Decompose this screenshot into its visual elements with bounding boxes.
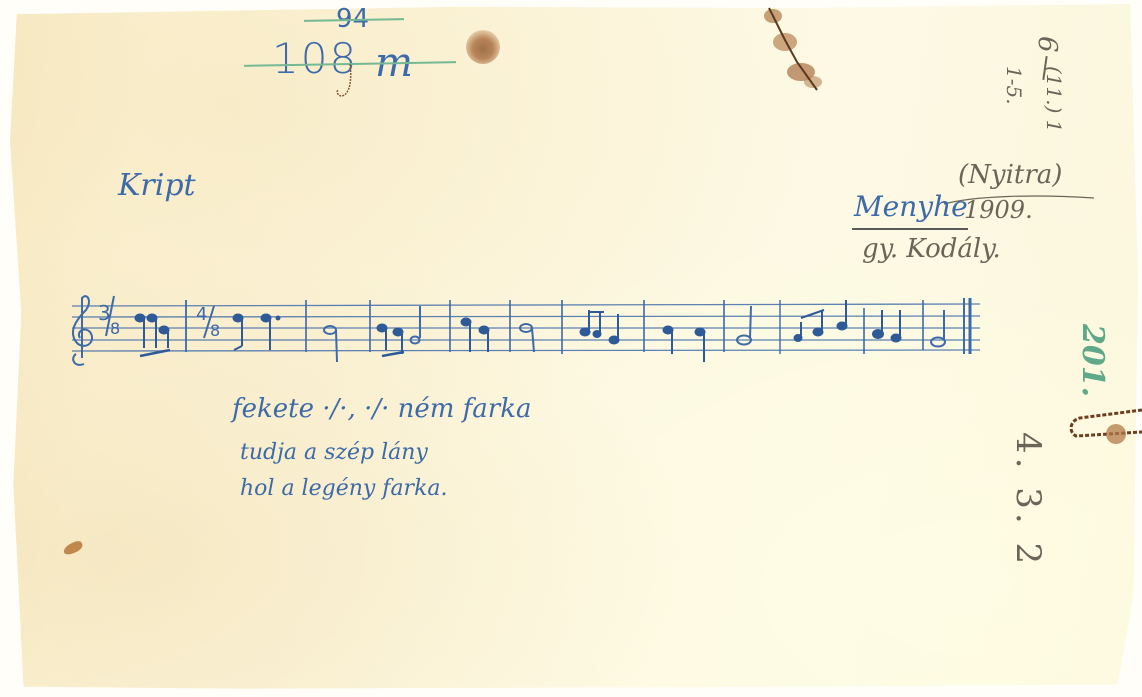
lyrics-line-3: hol a legény farka. <box>240 476 448 501</box>
green-pencil-number: 201. <box>1075 324 1110 397</box>
lyrics-line-1: fekete ·/·, ·/· ném farka <box>232 394 531 424</box>
ink-stain-top <box>466 30 500 64</box>
top-right-note-1: 1-5. <box>1002 66 1026 105</box>
collector-name: gy. Kodály. <box>862 234 1001 264</box>
pencil-number-rotated: 4. 3. 2 <box>1008 432 1048 568</box>
svg-text:8: 8 <box>110 319 120 338</box>
song-title-kript: Kript <box>118 168 196 203</box>
music-staff: 3 8 4 8 <box>60 288 980 378</box>
top-right-note-3: (11.) 1 <box>1042 66 1066 133</box>
ink-splatter-top-right <box>755 0 825 100</box>
lyrics-line-2: tudja a szép lány <box>240 440 428 465</box>
village-underline <box>852 228 968 230</box>
pencil-hook-mark <box>336 64 356 104</box>
region-label: (Nyitra) <box>958 160 1062 190</box>
svg-text:4: 4 <box>196 304 207 325</box>
svg-text:8: 8 <box>210 321 220 340</box>
collection-year: 1909. <box>964 196 1033 224</box>
paper-clip-mark <box>1066 406 1142 450</box>
top-right-note-2: 6 <box>1032 36 1062 53</box>
village-name: Menyhe <box>854 190 968 223</box>
